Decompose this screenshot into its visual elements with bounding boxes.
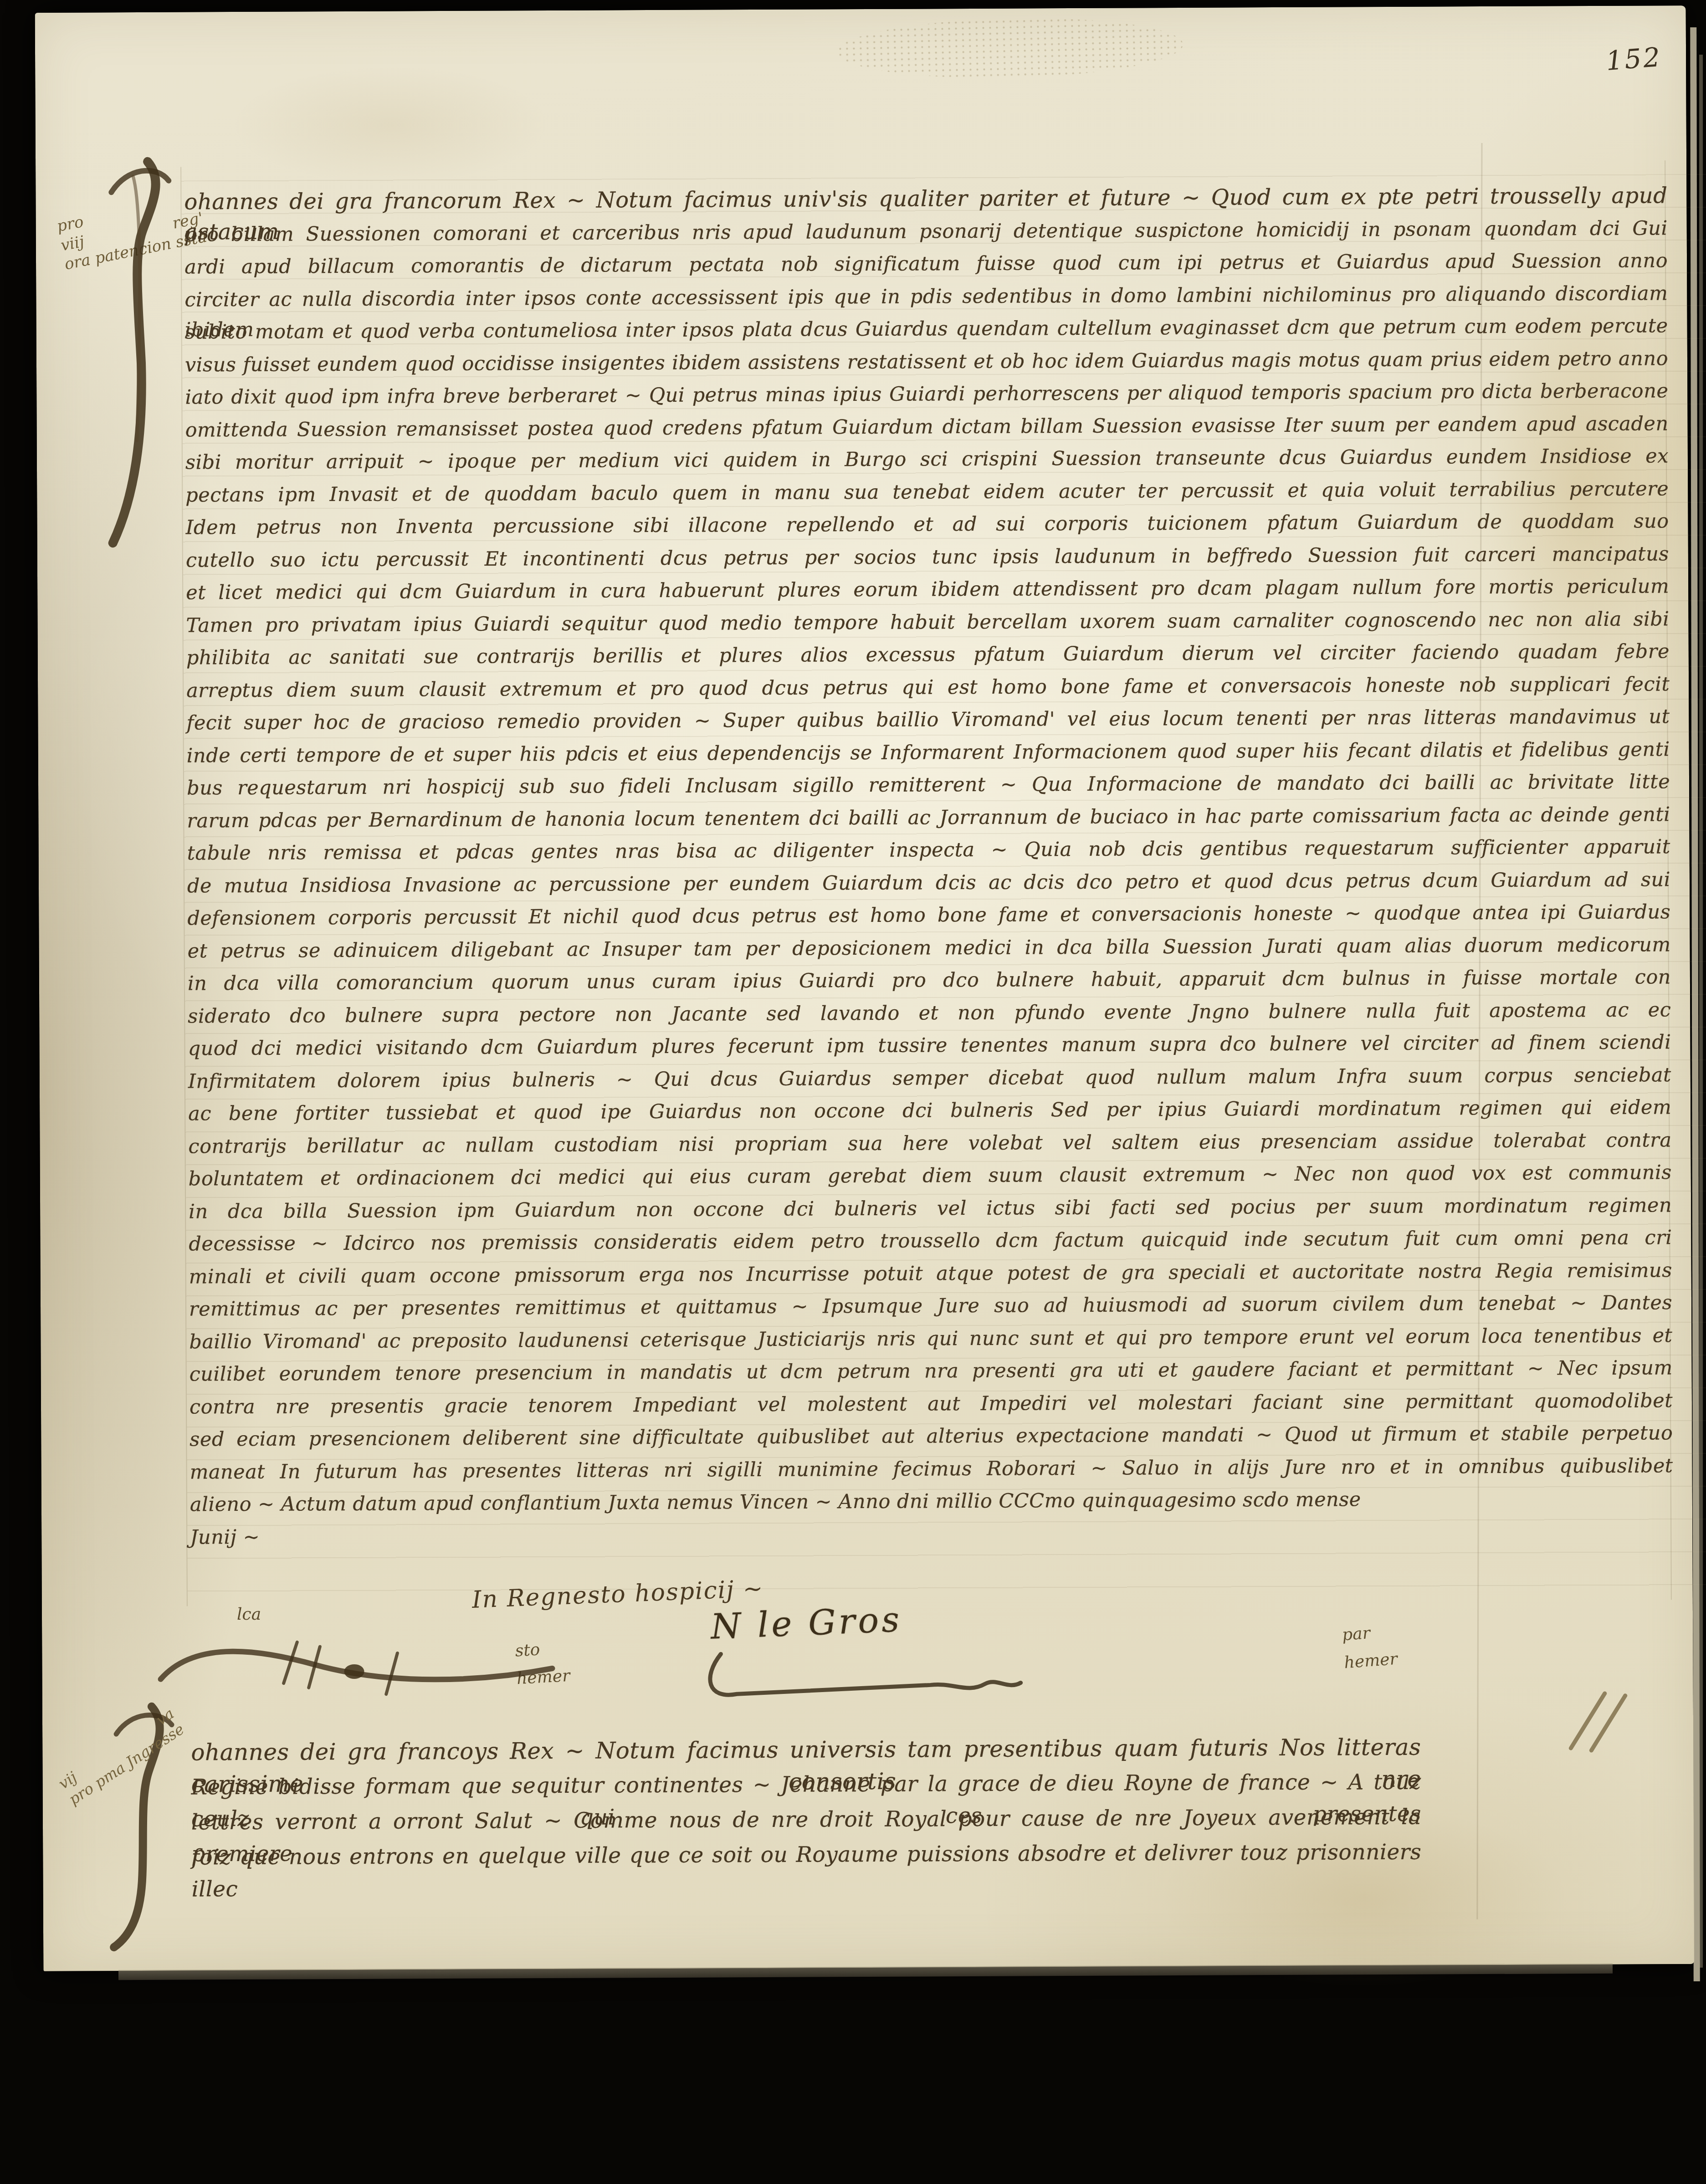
- page-edge-sliver: [1699, 55, 1703, 1968]
- penwork-swash: [151, 1614, 562, 1716]
- manuscript-line: Junij ~: [190, 1516, 1673, 1555]
- manuscript-line: Regine bidisse formam que sequitur conti…: [191, 1766, 1421, 1807]
- signature-flourish: [693, 1639, 1040, 1713]
- manuscript-line: lettres verront a orront Salut ~ Comme n…: [191, 1801, 1421, 1842]
- parchment-page: 152 proviij reg'ora patencion ssta ohann…: [35, 5, 1695, 1971]
- manuscript-line: ohannes dei gra francoys Rex ~ Notum fac…: [191, 1731, 1421, 1772]
- decorated-initial-entry1: [79, 148, 190, 559]
- manuscript-line: hemer: [1343, 1645, 1398, 1677]
- entry1-text: ohannes dei gra francorum Rex ~ Notum fa…: [184, 180, 1673, 1555]
- manuscript-line: par: [1341, 1617, 1396, 1649]
- manuscript-line: foiz que nous entrons en quelque ville q…: [191, 1836, 1421, 1877]
- clerk-note-right: parhemer: [1341, 1617, 1399, 1677]
- stain: [231, 65, 550, 185]
- entry2-text: ohannes dei gra francoys Rex ~ Notum fac…: [191, 1731, 1421, 1877]
- pen-mark-double-slash: [1537, 1687, 1637, 1760]
- pricking-stain: [836, 15, 1184, 82]
